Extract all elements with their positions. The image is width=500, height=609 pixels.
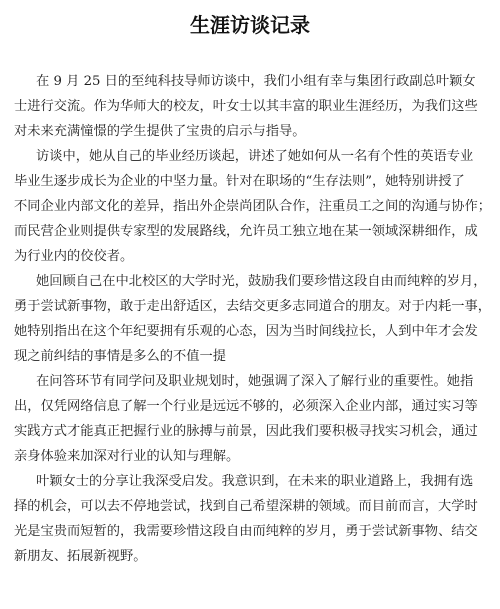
text-line: 毕业生逐步成长为企业的中坚力量。针对在职场的“生存法则”，她特别讲授了 <box>14 169 480 194</box>
text-line: 士进行交流。作为华师大的校友，叶女士以其丰富的职业生涯经历，为我们这些 <box>14 94 480 119</box>
text-line: 在问答环节有同学问及职业规划时，她强调了深入了解行业的重要性。她指 <box>14 369 480 394</box>
text-line: 在 9 月 25 日的至纯科技导师访谈中，我们小组有幸与集团行政副总叶颖女 <box>14 69 480 94</box>
document-title: 生涯访谈记录 <box>0 12 500 38</box>
text-line: 她回顾自己在中北校区的大学时光，鼓励我们要珍惜这段自由而纯粹的岁月， <box>14 269 480 294</box>
text-line: 实践方式才能真正把握行业的脉搏与前景，因此我们要积极寻找实习机会，通过 <box>14 419 480 444</box>
text-line: 出，仅凭网络信息了解一个行业是远远不够的，必须深入企业内部，通过实习等 <box>14 394 480 419</box>
text-line: 勇于尝试新事物，敢于走出舒适区，去结交更多志同道合的朋友。对于内耗一事， <box>14 294 480 319</box>
document-body: 在 9 月 25 日的至纯科技导师访谈中，我们小组有幸与集团行政副总叶颖女 士进… <box>14 69 480 569</box>
paragraph-qa-session: 在问答环节有同学问及职业规划时，她强调了深入了解行业的重要性。她指 出，仅凭网络… <box>14 369 480 469</box>
text-line: 不同企业内部文化的差异，指出外企崇尚团队合作，注重员工之间的沟通与协作； <box>14 194 480 219</box>
text-line: 访谈中，她从自己的毕业经历谈起，讲述了她如何从一名有个性的英语专业 <box>14 144 480 169</box>
text-line: 光是宝贵而短暂的，我需要珍惜这段自由而纯粹的岁月，勇于尝试新事物、结交 <box>14 519 480 544</box>
text-line: 择的机会，可以去不停地尝试，找到自己希望深耕的领域。而目前而言，大学时 <box>14 494 480 519</box>
paragraph-university-memories: 她回顾自己在中北校区的大学时光，鼓励我们要珍惜这段自由而纯粹的岁月， 勇于尝试新… <box>14 269 480 369</box>
text-line: 为行业内的佼佼者。 <box>14 244 480 269</box>
text-line: 现之前纠结的事情是多么的不值一提 <box>14 344 480 369</box>
text-line: 她特别指出在这个年纪要拥有乐观的心态，因为当时间线拉长，人到中年才会发 <box>14 319 480 344</box>
text-line: 而民营企业则提供专家型的发展路线，允许员工独立地在某一领域深耕细作，成 <box>14 219 480 244</box>
text-line: 新朋友、拓展新视野。 <box>14 544 480 569</box>
paragraph-intro: 在 9 月 25 日的至纯科技导师访谈中，我们小组有幸与集团行政副总叶颖女 士进… <box>14 69 480 144</box>
paragraph-reflection: 叶颖女士的分享让我深受启发。我意识到，在未来的职业道路上，我拥有选 择的机会，可… <box>14 469 480 569</box>
paragraph-career-story: 访谈中，她从自己的毕业经历谈起，讲述了她如何从一名有个性的英语专业 毕业生逐步成… <box>14 144 480 269</box>
document-page: 生涯访谈记录 在 9 月 25 日的至纯科技导师访谈中，我们小组有幸与集团行政副… <box>0 0 500 609</box>
text-line: 亲身体验来加深对行业的认知与理解。 <box>14 444 480 469</box>
text-line: 对未来充满憧憬的学生提供了宝贵的启示与指导。 <box>14 119 480 144</box>
text-line: 叶颖女士的分享让我深受启发。我意识到，在未来的职业道路上，我拥有选 <box>14 469 480 494</box>
